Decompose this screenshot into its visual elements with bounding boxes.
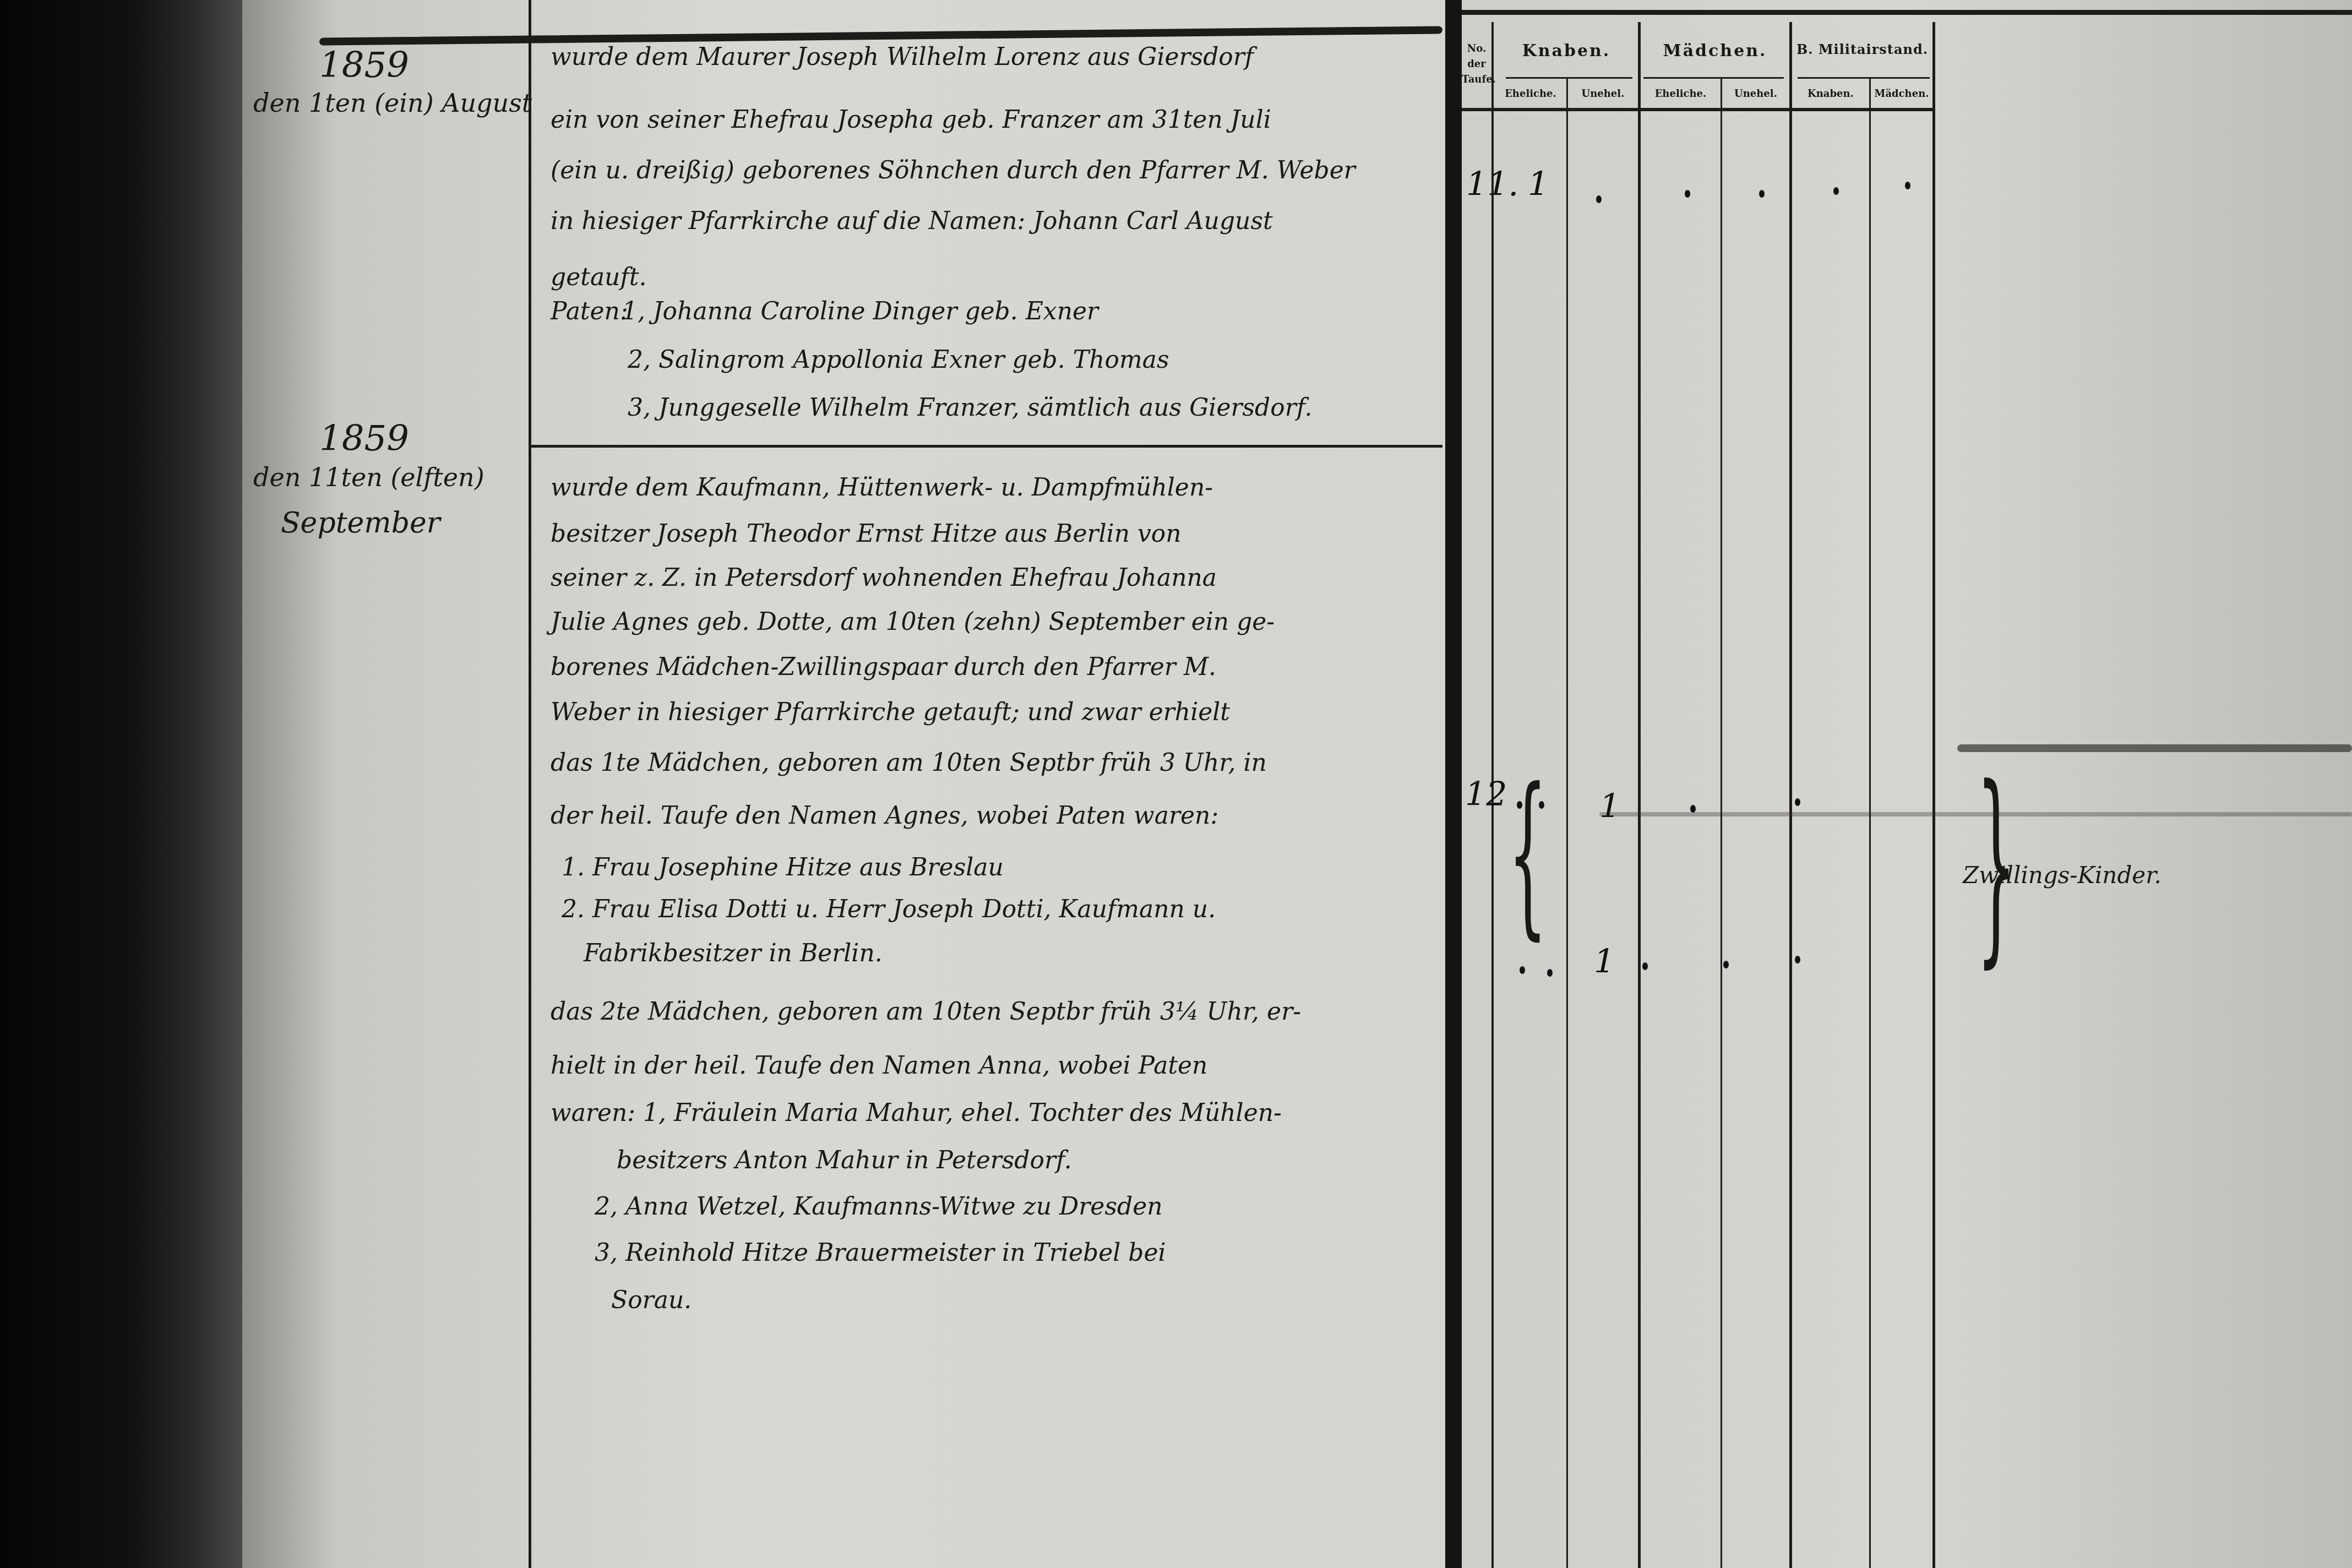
header-militairstand: B. Militairstand. [1792, 41, 1932, 57]
entry-12-godparent-2-5: Sorau. [611, 1286, 692, 1314]
entry-12-line-7: das 1te Mädchen, geboren am 10ten Septbr… [551, 749, 1267, 777]
entry-12-godparent-1-1: 1. Frau Josephine Hitze aus Breslau [562, 853, 1004, 881]
entry-11-year: 1859 [319, 45, 409, 86]
entry-12-line-5: borenes Mädchen-Zwillingspaar durch den … [551, 653, 1216, 681]
header-maedchen: Mädchen. [1641, 41, 1789, 61]
entry-12-line-3: seiner z. Z. in Petersdorf wohnenden Ehe… [551, 564, 1217, 592]
entry-12-year: 1859 [319, 418, 409, 459]
entry-11-godparent-3: 3, Junggeselle Wilhelm Franzer, sämtlich… [628, 394, 1312, 422]
entry-12b-knaben-ehelich-dot [1520, 966, 1525, 974]
entry-12-line-4: Julie Agnes geb. Dotte, am 10ten (zehn) … [551, 608, 1275, 636]
ink-smudge [1599, 812, 2352, 816]
entry-12-left-brace: { [1508, 765, 1547, 941]
entry-12b-mil-knaben-dot [1723, 961, 1729, 968]
entry-12a-knaben-ehelich-dot [1517, 801, 1522, 809]
mil-sub-rule [1798, 77, 1930, 79]
entry-11-godparents-label: Paten: [551, 297, 628, 325]
entry-12-second-child-line-1: das 2te Mädchen, geboren am 10ten Septbr… [551, 998, 1301, 1026]
header-knaben-ehelich: Eheliche. [1495, 88, 1566, 100]
header-top-rule [1462, 10, 2352, 15]
header-knaben-unehel: Unehel. [1568, 88, 1638, 100]
entry-11-line-1: wurde dem Maurer Joseph Wilhelm Lorenz a… [551, 43, 1254, 71]
entry-11-line-4: in hiesiger Pfarrkirche auf die Namen: J… [551, 207, 1273, 235]
entry-11-knaben-ehelich: 1 [1528, 165, 1549, 204]
col-divider-knaben [1638, 22, 1641, 1568]
left-page: 1859 den 1ten (ein) August wurde dem Mau… [242, 0, 1445, 1568]
header-bottom-rule [1462, 108, 1932, 111]
entry-12a-knaben-unehel-dot [1539, 801, 1544, 809]
entry-12-line-6: Weber in hiesiger Pfarrkirche getauft; u… [551, 698, 1230, 726]
header-mil-knaben: Knaben. [1792, 88, 1869, 100]
knaben-sub-rule [1506, 77, 1632, 79]
entry-12-number: 12 [1465, 775, 1507, 814]
entry-11-day: den 1ten (ein) August [253, 88, 532, 118]
entry-12-line-1: wurde dem Kaufmann, Hüttenwerk- u. Dampf… [551, 473, 1213, 502]
ink-smudge [1957, 744, 2352, 752]
entry-12-day: den 11ten (elften) [253, 462, 484, 492]
entry-12-godparent-2-1: waren: 1, Fräulein Maria Mahur, ehel. To… [551, 1099, 1282, 1127]
entry-11-line-5: getauft. [551, 263, 646, 291]
book-gutter [1445, 0, 1462, 1568]
twins-remark: Zwillings-Kinder. [1963, 862, 2162, 889]
entry-12-line-2: besitzer Joseph Theodor Ernst Hitze aus … [551, 520, 1182, 548]
col-divider-maedchen-sub [1721, 77, 1722, 1568]
entry-12-second-child-line-2: hielt in der heil. Taufe den Namen Anna,… [551, 1052, 1207, 1080]
maedchen-sub-rule [1643, 77, 1784, 79]
header-no-line-1: No. [1462, 41, 1491, 57]
header-no: No. der Taufe. [1462, 41, 1491, 88]
entry-11-line-3: (ein u. dreißig) geborenes Söhnchen durc… [551, 156, 1355, 184]
col-divider-mil-sub [1869, 77, 1871, 1568]
entry-12-godparent-1-2: 2. Frau Elisa Dotti u. Herr Joseph Dotti… [562, 895, 1216, 923]
entry-12b-mil-maedchen-dot [1795, 956, 1800, 963]
header-no-line-3: Taufe. [1462, 72, 1491, 88]
entry-12-godparent-1-3: Fabrikbesitzer in Berlin. [584, 939, 883, 967]
entry-12a-maedchen-ehelich: 1 [1599, 787, 1620, 826]
entry-12a-mil-knaben-dot [1795, 798, 1800, 806]
header-maedchen-unehel: Unehel. [1722, 88, 1789, 100]
date-column-divider [529, 0, 531, 1568]
entry-12-godparent-2-4: 3, Reinhold Hitze Brauermeister in Trieb… [595, 1239, 1166, 1267]
entry-12-line-8: der heil. Taufe den Namen Agnes, wobei P… [551, 802, 1218, 830]
header-maedchen-ehelich: Eheliche. [1641, 88, 1721, 100]
header-mil-maedchen: Mädchen. [1871, 88, 1932, 100]
entry-12b-maedchen-ehelich: 1 [1594, 943, 1615, 981]
entry-12a-maedchen-unehel-dot [1690, 805, 1696, 813]
book-spine-shadow [0, 0, 242, 1568]
entry-11-maedchen-unehel-dot [1759, 190, 1765, 198]
entry-12-month: September [281, 507, 440, 540]
entry-separator [531, 445, 1442, 448]
col-divider-maedchen [1789, 22, 1792, 1568]
entry-12b-maedchen-unehel-dot [1642, 962, 1648, 970]
entry-11-mil-maedchen-dot [1905, 182, 1910, 189]
entry-11-line-2: ein von seiner Ehefrau Josepha geb. Fran… [551, 106, 1271, 134]
header-knaben: Knaben. [1495, 41, 1638, 61]
entry-12-godparent-2-2: besitzers Anton Mahur in Petersdorf. [617, 1146, 1072, 1174]
entry-11-knaben-unehel-dot [1596, 195, 1602, 203]
entry-11-maedchen-ehelich-dot [1685, 190, 1690, 198]
col-divider-mil [1932, 22, 1935, 1568]
entry-12-godparent-2-3: 2, Anna Wetzel, Kaufmanns-Witwe zu Dresd… [595, 1193, 1163, 1221]
right-page: No. der Taufe. Knaben. Mädchen. B. Milit… [1462, 0, 2352, 1568]
col-divider-knaben-sub [1566, 77, 1568, 1568]
entry-12b-knaben-unehel-dot [1547, 969, 1553, 977]
entry-11-godparent-1: 1, Johanna Caroline Dinger geb. Exner [622, 297, 1098, 325]
entry-11-number: 11. [1466, 165, 1518, 204]
entry-11-mil-knaben-dot [1833, 187, 1839, 195]
entry-11-godparent-2: 2, Salingrom Appollonia Exner geb. Thoma… [628, 346, 1169, 374]
header-no-line-2: der [1462, 57, 1491, 72]
